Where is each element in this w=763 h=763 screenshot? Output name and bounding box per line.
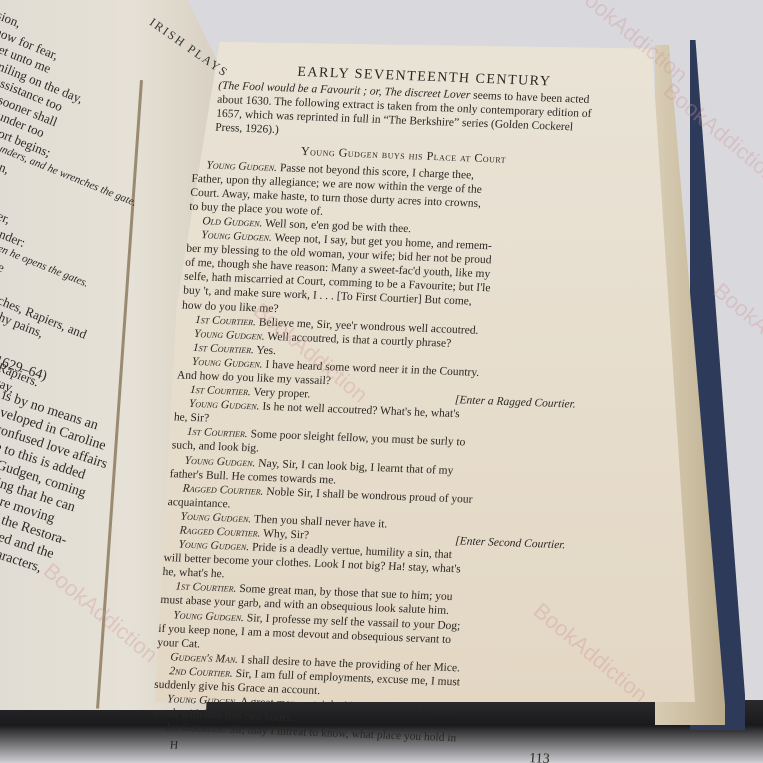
speaker-name: 2nd Courtier. [169, 665, 233, 679]
speaker-name: Young Gudgen. [167, 693, 239, 708]
speaker-name: 1st Courtier. [193, 342, 255, 356]
intro-paragraph: (The Fool would be a Favourit ; or, The … [215, 79, 599, 150]
page-number: 113 [529, 753, 551, 763]
speaker-name: Old Gudgen. [202, 215, 263, 229]
speaker-name: Young Gudgen. [188, 398, 260, 413]
dialogue-text: he, Sir? [173, 412, 209, 425]
dialogue-text: your Cat. [157, 637, 201, 651]
dialogue: Young Gudgen. Passe not beyond this scor… [151, 157, 593, 749]
signature-mark: H [169, 739, 178, 753]
dialogue-text: Why, Sir? [260, 528, 309, 542]
dialogue-text: such, and look big. [171, 440, 259, 455]
dialogue-text: Yes. [254, 344, 277, 357]
speaker-name: Young Gudgen. [201, 229, 273, 244]
speaker-name: Young Gudgen. [194, 328, 266, 343]
right-page-text: EARLY SEVENTEENTH CENTURY (The Fool woul… [149, 62, 599, 763]
speaker-name: Gudgen's Man. [170, 651, 239, 666]
speaker-name: 1st Courtier. [186, 426, 248, 440]
speaker-name: Young Gudgen. [184, 454, 256, 469]
speaker-name: 1st Courtier. [190, 384, 252, 398]
dialogue-text: he, what's he. [162, 566, 225, 580]
speaker-name: Young Gudgen. [180, 511, 252, 526]
speaker-name: Young Gudgen. [206, 159, 278, 174]
speaker-name: Young Gudgen. [173, 609, 245, 624]
dialogue-text: Very proper. [250, 386, 310, 400]
speaker-name: Young Gudgen. [192, 356, 264, 371]
speaker-name: 1st Courtier. [195, 314, 257, 328]
speaker-name: 1st Courtier. [165, 721, 227, 735]
speaker-name: 1st Courtier. [175, 581, 237, 595]
dialogue-text: acquaintance. [167, 496, 231, 510]
